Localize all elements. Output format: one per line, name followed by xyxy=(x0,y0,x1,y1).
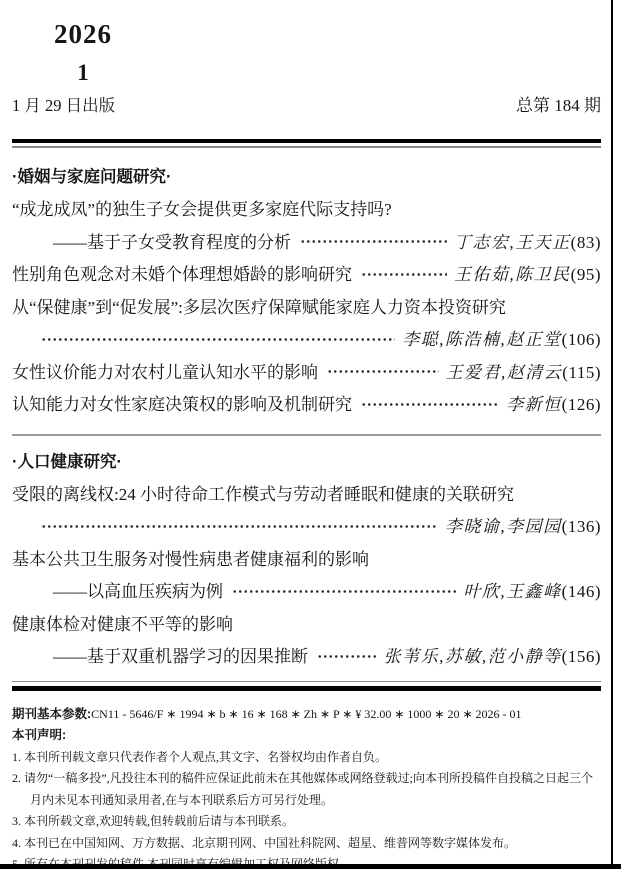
toc-entry: 基本公共卫生服务对慢性病患者健康福利的影响 xyxy=(12,544,601,577)
article-byline: 张苇乐,苏敏,范小静等(156) xyxy=(384,641,601,674)
section-title: ·婚姻与家庭问题研究· xyxy=(12,164,601,190)
toc-entry: ——基于双重机器学习的因果推断 张苇乐,苏敏,范小静等(156) xyxy=(12,641,601,674)
section-population-health-research: ·人口健康研究· 受限的离线权:24 小时待命工作模式与劳动者睡眠和健康的关联研… xyxy=(12,449,601,674)
article-authors: 李聪,陈浩楠,赵正堂 xyxy=(402,330,562,349)
article-authors: 王爱君,赵清云 xyxy=(446,363,563,382)
dot-leader xyxy=(300,239,447,244)
article-authors: 王佑茹,陈卫民 xyxy=(454,265,571,284)
masthead-year-column: 2026 1 xyxy=(12,20,154,85)
toc-entry: 受限的离线权:24 小时待命工作模式与劳动者睡眠和健康的关联研究 xyxy=(12,479,601,512)
statement-item: 1. 本刊所刊载文章只代表作者个人观点,其文字、名誉权均由作者自负。 xyxy=(12,747,601,769)
page-number: (115) xyxy=(562,363,601,382)
cumulative-issue-label: 总第 184 期 xyxy=(516,95,601,117)
article-subtitle: ——以高血压疾病为例 xyxy=(12,576,223,609)
journal-toc-page: 2026 1 1 月 29 日出版 总第 184 期 ·婚姻与家庭问题研究· “… xyxy=(0,0,621,869)
dot-leader xyxy=(317,654,377,659)
dot-leader xyxy=(232,589,456,594)
page-number: (146) xyxy=(562,582,601,601)
footer: 期刊基本参数:CN11 - 5646/F ∗ 1994 ∗ b ∗ 16 ∗ 1… xyxy=(12,704,601,869)
article-title: 受限的离线权:24 小时待命工作模式与劳动者睡眠和健康的关联研究 xyxy=(12,479,514,512)
dot-leader xyxy=(327,369,439,374)
article-byline: 叶欣,王鑫峰(146) xyxy=(463,576,601,609)
article-authors: 张苇乐,苏敏,范小静等 xyxy=(384,647,562,666)
article-byline: 李晓谕,李园园(136) xyxy=(445,511,601,544)
article-byline: 王佑茹,陈卫民(95) xyxy=(454,259,601,292)
article-title: 基本公共卫生服务对慢性病患者健康福利的影响 xyxy=(12,544,369,577)
article-byline: 李聪,陈浩楠,赵正堂(106) xyxy=(402,324,601,357)
page-number: (83) xyxy=(571,233,601,252)
toc-entry-continuation: 李聪,陈浩楠,赵正堂(106) xyxy=(12,324,601,357)
toc-entry: ——以高血压疾病为例 叶欣,王鑫峰(146) xyxy=(12,576,601,609)
statement-item: 4. 本刊已在中国知网、万方数据、北京期刊网、中国社科院网、超星、维普网等数字媒… xyxy=(12,833,601,855)
params-value: CN11 - 5646/F ∗ 1994 ∗ b ∗ 16 ∗ 168 ∗ Zh… xyxy=(91,707,521,721)
article-title: 女性议价能力对农村儿童认知水平的影响 xyxy=(12,357,318,390)
article-subtitle: ——基于双重机器学习的因果推断 xyxy=(12,641,308,674)
article-byline: 丁志宏,王天正(83) xyxy=(454,227,601,260)
page-scan-edge-right xyxy=(611,0,613,869)
dot-leader xyxy=(361,402,499,407)
section-marriage-family-research: ·婚姻与家庭问题研究· “成龙成凤”的独生子女会提供更多家庭代际支持吗? ——基… xyxy=(12,164,601,422)
article-title: 性别角色观念对未婚个体理想婚龄的影响研究 xyxy=(12,259,352,292)
dot-leader xyxy=(361,272,447,277)
rule-thick-line xyxy=(12,686,601,691)
toc-entry: 从“保健康”到“促发展”:多层次医疗保障赋能家庭人力资本投资研究 xyxy=(12,292,601,325)
article-authors: 丁志宏,王天正 xyxy=(454,233,571,252)
toc-entry: ——基于子女受教育程度的分析 丁志宏,王天正(83) xyxy=(12,227,601,260)
year-label: 2026 xyxy=(12,20,154,49)
article-authors: 李晓谕,李园园 xyxy=(445,517,562,536)
page-number: (126) xyxy=(562,395,601,414)
statement-item: 3. 本刊所载文章,欢迎转载,但转载前后请与本刊联系。 xyxy=(12,811,601,833)
masthead-bottom-row: 1 月 29 日出版 总第 184 期 xyxy=(12,95,601,117)
toc-entry-continuation: 李晓谕,李园园(136) xyxy=(12,511,601,544)
article-title: “成龙成凤”的独生子女会提供更多家庭代际支持吗? xyxy=(12,194,392,227)
double-rule-bottom xyxy=(12,681,601,691)
article-byline: 王爱君,赵清云(115) xyxy=(446,357,601,390)
article-title: 健康体检对健康不平等的影响 xyxy=(12,609,233,642)
toc-entry: “成龙成凤”的独生子女会提供更多家庭代际支持吗? xyxy=(12,194,601,227)
dot-leader xyxy=(41,337,395,342)
masthead: 2026 1 1 月 29 日出版 总第 184 期 xyxy=(12,20,601,117)
article-authors: 叶欣,王鑫峰 xyxy=(463,582,561,601)
page-number: (95) xyxy=(571,265,601,284)
issue-number-label: 1 xyxy=(12,61,154,85)
article-title: 认知能力对女性家庭决策权的影响及机制研究 xyxy=(12,389,352,422)
publish-date-label: 1 月 29 日出版 xyxy=(12,95,115,117)
page-scan-edge-bottom xyxy=(0,864,621,869)
statement-item: 2. 请勿“一稿多投”,凡投往本刊的稿件应保证此前未在其他媒体或网络登载过;向本… xyxy=(12,768,601,811)
page-number: (136) xyxy=(562,517,601,536)
double-rule-top xyxy=(12,139,601,148)
statement-heading: 本刊声明: xyxy=(12,725,601,747)
article-subtitle: ——基于子女受教育程度的分析 xyxy=(12,227,291,260)
section-title: ·人口健康研究· xyxy=(12,449,601,475)
toc-entry: 性别角色观念对未婚个体理想婚龄的影响研究 王佑茹,陈卫民(95) xyxy=(12,259,601,292)
params-label: 期刊基本参数: xyxy=(12,707,91,721)
journal-parameters: 期刊基本参数:CN11 - 5646/F ∗ 1994 ∗ b ∗ 16 ∗ 1… xyxy=(12,704,601,726)
rule-thin-line xyxy=(12,146,601,148)
page-number: (106) xyxy=(562,330,601,349)
toc-entry: 认知能力对女性家庭决策权的影响及机制研究 李新恒(126) xyxy=(12,389,601,422)
dot-leader xyxy=(41,524,438,529)
page-number: (156) xyxy=(562,647,601,666)
article-authors: 李新恒 xyxy=(506,395,562,414)
toc-entry: 健康体检对健康不平等的影响 xyxy=(12,609,601,642)
toc-entry: 女性议价能力对农村儿童认知水平的影响 王爱君,赵清云(115) xyxy=(12,357,601,390)
article-byline: 李新恒(126) xyxy=(506,389,601,422)
section-divider xyxy=(12,434,601,436)
article-title: 从“保健康”到“促发展”:多层次医疗保障赋能家庭人力资本投资研究 xyxy=(12,292,506,325)
